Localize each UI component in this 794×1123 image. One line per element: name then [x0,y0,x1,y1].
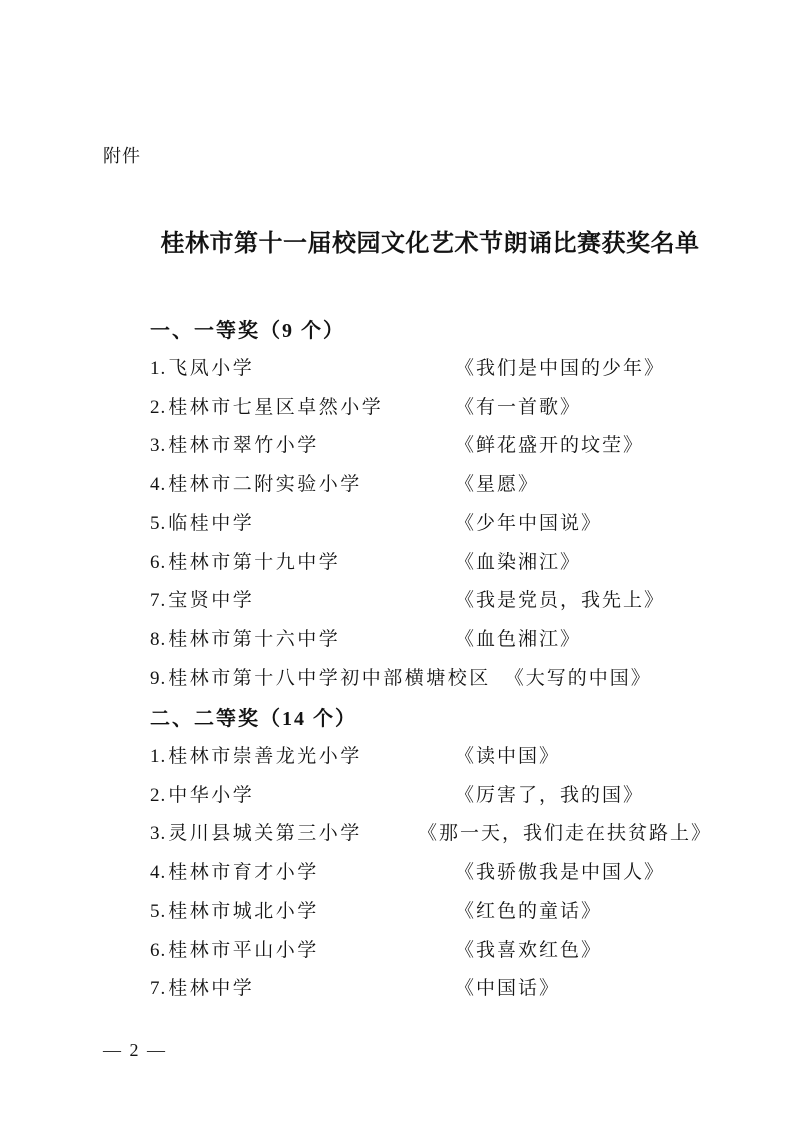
school-cell: 1.桂林市崇善龙光小学 [150,741,455,768]
entry-number: 7. [150,590,166,611]
school-cell: 8.桂林市第十六中学 [150,624,455,651]
award-row: 9.桂林市第十八中学初中部横塘校区 《大写的中国》 [0,657,794,696]
school-name: 桂林市第十八中学初中部横塘校区 [168,668,491,689]
award-row: 3.桂林市翠竹小学 《鲜花盛开的坟茔》 [0,425,794,464]
work-title: 《血染湘江》 [455,547,581,574]
award-row: 5.桂林市城北小学 《红色的童话》 [0,890,794,929]
entry-number: 1. [150,746,166,767]
award-row: 8.桂林市第十六中学 《血色湘江》 [0,618,794,657]
school-name: 桂林市七星区卓然小学 [168,397,383,418]
school-name: 灵川县城关第三小学 [168,823,362,844]
entry-number: 3. [150,435,166,456]
work-title: 《厉害了，我的国》 [455,780,644,807]
school-name: 桂林市崇善龙光小学 [168,746,362,767]
award-row: 4.桂林市育才小学 《我骄傲我是中国人》 [0,851,794,890]
entry-number: 2. [150,397,166,418]
work-title: 《我是党员，我先上》 [455,585,665,612]
entry-number: 5. [150,513,166,534]
entry-number: 2. [150,785,166,806]
school-cell: 9.桂林市第十八中学初中部横塘校区 [150,663,491,690]
award-row: 7.桂林中学 《中国话》 [0,968,794,1007]
entry-number: 9. [150,668,166,689]
entry-number: 4. [150,474,166,495]
school-name: 中华小学 [168,785,254,806]
school-cell: 6.桂林市第十九中学 [150,547,455,574]
school-cell: 3.灵川县城关第三小学 [150,818,418,845]
award-row: 2.中华小学 《厉害了，我的国》 [0,774,794,813]
work-title: 《有一首歌》 [455,392,581,419]
school-name: 宝贤中学 [168,590,254,611]
school-cell: 7.宝贤中学 [150,585,455,612]
entry-number: 6. [150,552,166,573]
second-prize-list: 1.桂林市崇善龙光小学 《读中国》 2.中华小学 《厉害了，我的国》 3.灵川县… [0,735,794,1006]
work-title: 《我骄傲我是中国人》 [455,857,665,884]
school-name: 桂林市翠竹小学 [168,435,319,456]
school-cell: 2.中华小学 [150,780,455,807]
school-name: 桂林市育才小学 [168,862,319,883]
entry-number: 5. [150,901,166,922]
attachment-label: 附件 [103,142,141,168]
page-number: — 2 — [103,1040,167,1061]
work-title: 《红色的童话》 [455,896,602,923]
school-name: 桂林市第十六中学 [168,629,340,650]
award-row: 6.桂林市平山小学 《我喜欢红色》 [0,929,794,968]
award-row: 3.灵川县城关第三小学 《那一天，我们走在扶贫路上》 [0,813,794,852]
entry-number: 3. [150,823,166,844]
work-title: 《那一天，我们走在扶贫路上》 [418,818,712,845]
document-page: 附件 桂林市第十一届校园文化艺术节朗诵比赛获奖名单 一、一等奖（9 个） 1.飞… [0,0,794,1123]
work-title: 《大写的中国》 [505,663,652,690]
school-name: 飞凤小学 [168,358,254,379]
first-prize-list: 1.飞凤小学 《我们是中国的少年》 2.桂林市七星区卓然小学 《有一首歌》 3.… [0,347,794,696]
school-cell: 6.桂林市平山小学 [150,935,455,962]
school-name: 桂林中学 [168,978,254,999]
work-title: 《少年中国说》 [455,508,602,535]
school-name: 桂林市平山小学 [168,940,319,961]
award-row: 1.飞凤小学 《我们是中国的少年》 [0,347,794,386]
school-cell: 2.桂林市七星区卓然小学 [150,392,455,419]
award-row: 1.桂林市崇善龙光小学 《读中国》 [0,735,794,774]
entry-number: 8. [150,629,166,650]
award-row: 4.桂林市二附实验小学 《星愿》 [0,463,794,502]
school-cell: 1.飞凤小学 [150,353,455,380]
work-title: 《星愿》 [455,469,539,496]
entry-number: 1. [150,358,166,379]
school-cell: 7.桂林中学 [150,973,455,1000]
school-cell: 5.桂林市城北小学 [150,896,455,923]
school-name: 临桂中学 [168,513,254,534]
work-title: 《我喜欢红色》 [455,935,602,962]
school-name: 桂林市第十九中学 [168,552,340,573]
school-cell: 5.临桂中学 [150,508,455,535]
school-cell: 4.桂林市育才小学 [150,857,455,884]
entry-number: 7. [150,978,166,999]
work-title: 《血色湘江》 [455,624,581,651]
work-title: 《中国话》 [455,973,560,1000]
school-cell: 3.桂林市翠竹小学 [150,430,455,457]
school-name: 桂林市二附实验小学 [168,474,362,495]
entry-number: 6. [150,940,166,961]
document-title: 桂林市第十一届校园文化艺术节朗诵比赛获奖名单 [152,223,708,258]
award-row: 2.桂林市七星区卓然小学 《有一首歌》 [0,386,794,425]
award-row: 7.宝贤中学 《我是党员，我先上》 [0,580,794,619]
work-title: 《鲜花盛开的坟茔》 [455,430,644,457]
section-heading-first-prize: 一、一等奖（9 个） [150,314,345,343]
award-row: 5.临桂中学 《少年中国说》 [0,502,794,541]
section-heading-second-prize: 二、二等奖（14 个） [150,702,357,731]
award-row: 6.桂林市第十九中学 《血染湘江》 [0,541,794,580]
entry-number: 4. [150,862,166,883]
work-title: 《我们是中国的少年》 [455,353,665,380]
school-name: 桂林市城北小学 [168,901,319,922]
school-cell: 4.桂林市二附实验小学 [150,469,455,496]
work-title: 《读中国》 [455,741,560,768]
